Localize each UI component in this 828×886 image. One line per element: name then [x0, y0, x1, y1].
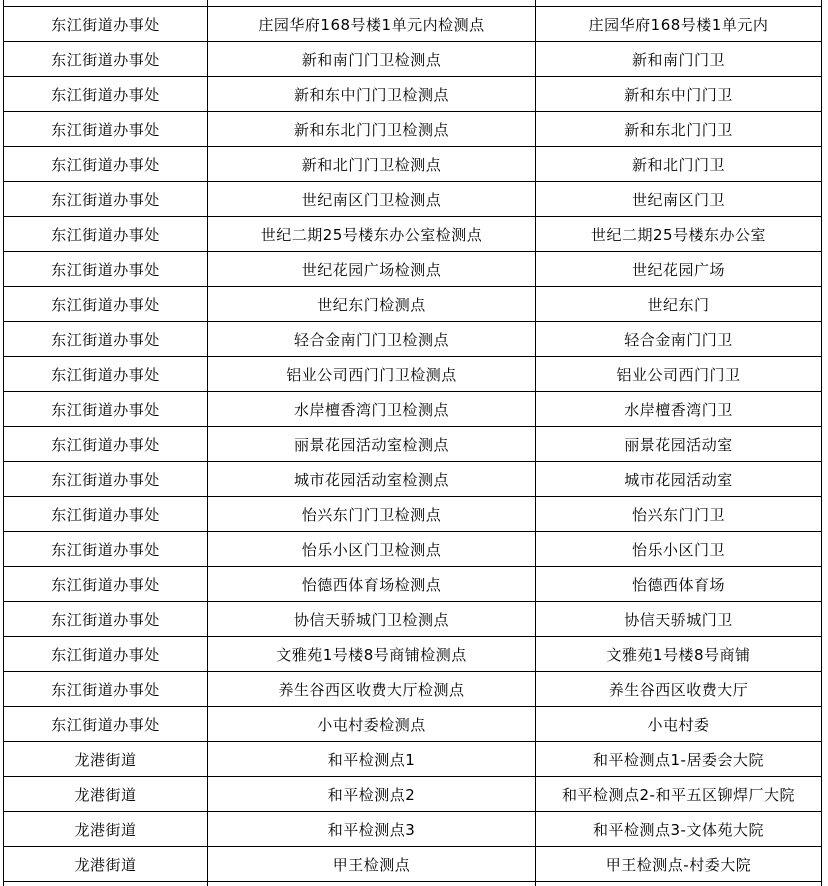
cell-point: 怡乐小区门卫检测点	[208, 532, 536, 567]
cell-point: 和平检测点2	[208, 777, 536, 812]
cell-location: 世纪花园广场	[536, 252, 822, 287]
cell-point: 小屯村委检测点	[208, 707, 536, 742]
cell-point: 城市花园活动室检测点	[208, 462, 536, 497]
table-row: 龙港街道和平检测点1和平检测点1-居委会大院	[4, 742, 822, 777]
cell-location: 铝业公司西门门卫	[536, 357, 822, 392]
cell-office: 龙港街道	[4, 812, 208, 847]
cell-empty	[208, 882, 536, 886]
table-row: 东江街道办事处协信天骄城门卫检测点协信天骄城门卫	[4, 602, 822, 637]
table-row-partial-bottom	[4, 882, 822, 886]
cell-location: 水岸檀香湾门卫	[536, 392, 822, 427]
cell-point: 丽景花园活动室检测点	[208, 427, 536, 462]
cell-office: 东江街道办事处	[4, 602, 208, 637]
cell-location: 世纪二期25号楼东办公室	[536, 217, 822, 252]
cell-office: 东江街道办事处	[4, 322, 208, 357]
table-row: 龙港街道和平检测点2和平检测点2-和平五区铆焊厂大院	[4, 777, 822, 812]
table-row: 东江街道办事处怡乐小区门卫检测点怡乐小区门卫	[4, 532, 822, 567]
cell-point: 协信天骄城门卫检测点	[208, 602, 536, 637]
cell-location: 小屯村委	[536, 707, 822, 742]
cell-location: 甲王检测点-村委大院	[536, 847, 822, 882]
cell-point: 庄园华府168号楼1单元内检测点	[208, 7, 536, 42]
cell-office: 东江街道办事处	[4, 497, 208, 532]
cell-office: 东江街道办事处	[4, 707, 208, 742]
cell-empty	[536, 882, 822, 886]
cell-point: 铝业公司西门门卫检测点	[208, 357, 536, 392]
table-row: 龙港街道甲王检测点甲王检测点-村委大院	[4, 847, 822, 882]
cell-location: 文雅苑1号楼8号商铺	[536, 637, 822, 672]
cell-office: 东江街道办事处	[4, 637, 208, 672]
cell-empty	[4, 882, 208, 886]
table-row: 东江街道办事处新和东北门门卫检测点新和东北门门卫	[4, 112, 822, 147]
cell-location: 世纪东门	[536, 287, 822, 322]
cell-office: 东江街道办事处	[4, 427, 208, 462]
cell-location: 协信天骄城门卫	[536, 602, 822, 637]
cell-office: 东江街道办事处	[4, 77, 208, 112]
table-row: 东江街道办事处庄园华府168号楼1单元内检测点庄园华府168号楼1单元内	[4, 7, 822, 42]
cell-point: 水岸檀香湾门卫检测点	[208, 392, 536, 427]
table-row: 东江街道办事处轻合金南门门卫检测点轻合金南门门卫	[4, 322, 822, 357]
cell-point: 和平检测点3	[208, 812, 536, 847]
cell-location: 轻合金南门门卫	[536, 322, 822, 357]
cell-point: 新和南门门卫检测点	[208, 42, 536, 77]
cell-point: 轻合金南门门卫检测点	[208, 322, 536, 357]
cell-location: 和平检测点2-和平五区铆焊厂大院	[536, 777, 822, 812]
cell-office: 东江街道办事处	[4, 147, 208, 182]
table-row: 东江街道办事处怡兴东门门卫检测点怡兴东门门卫	[4, 497, 822, 532]
table-row: 龙港街道和平检测点3和平检测点3-文体苑大院	[4, 812, 822, 847]
table-body: 东江街道办事处庄园华府168号楼1单元内检测点庄园华府168号楼1单元内东江街道…	[4, 0, 822, 886]
table-row: 东江街道办事处世纪二期25号楼东办公室检测点世纪二期25号楼东办公室	[4, 217, 822, 252]
cell-location: 怡乐小区门卫	[536, 532, 822, 567]
testing-points-table: 东江街道办事处庄园华府168号楼1单元内检测点庄园华府168号楼1单元内东江街道…	[3, 0, 822, 886]
table-row: 东江街道办事处新和北门门卫检测点新和北门门卫	[4, 147, 822, 182]
cell-location: 和平检测点1-居委会大院	[536, 742, 822, 777]
table-row: 东江街道办事处世纪南区门卫检测点世纪南区门卫	[4, 182, 822, 217]
cell-point: 文雅苑1号楼8号商铺检测点	[208, 637, 536, 672]
table-row: 东江街道办事处丽景花园活动室检测点丽景花园活动室	[4, 427, 822, 462]
cell-office: 东江街道办事处	[4, 357, 208, 392]
table-row: 东江街道办事处世纪东门检测点世纪东门	[4, 287, 822, 322]
table-row: 东江街道办事处水岸檀香湾门卫检测点水岸檀香湾门卫	[4, 392, 822, 427]
cell-location: 世纪南区门卫	[536, 182, 822, 217]
cell-office: 东江街道办事处	[4, 42, 208, 77]
cell-point: 世纪南区门卫检测点	[208, 182, 536, 217]
cell-location: 新和北门门卫	[536, 147, 822, 182]
cell-point: 养生谷西区收费大厅检测点	[208, 672, 536, 707]
cell-point: 甲王检测点	[208, 847, 536, 882]
cell-office: 东江街道办事处	[4, 112, 208, 147]
cell-office: 龙港街道	[4, 847, 208, 882]
cell-point: 新和北门门卫检测点	[208, 147, 536, 182]
cell-point: 世纪二期25号楼东办公室检测点	[208, 217, 536, 252]
cell-office: 龙港街道	[4, 777, 208, 812]
cell-office: 东江街道办事处	[4, 532, 208, 567]
table-row: 东江街道办事处小屯村委检测点小屯村委	[4, 707, 822, 742]
cell-location: 养生谷西区收费大厅	[536, 672, 822, 707]
cell-office: 东江街道办事处	[4, 252, 208, 287]
cell-location: 和平检测点3-文体苑大院	[536, 812, 822, 847]
cell-office: 东江街道办事处	[4, 217, 208, 252]
cell-office: 东江街道办事处	[4, 287, 208, 322]
table-row: 东江街道办事处养生谷西区收费大厅检测点养生谷西区收费大厅	[4, 672, 822, 707]
cell-location: 新和南门门卫	[536, 42, 822, 77]
cell-point: 新和东北门门卫检测点	[208, 112, 536, 147]
cell-location: 庄园华府168号楼1单元内	[536, 7, 822, 42]
cell-point: 世纪东门检测点	[208, 287, 536, 322]
table-row: 东江街道办事处新和东中门门卫检测点新和东中门门卫	[4, 77, 822, 112]
cell-point: 新和东中门门卫检测点	[208, 77, 536, 112]
table-row: 东江街道办事处城市花园活动室检测点城市花园活动室	[4, 462, 822, 497]
cell-point: 怡兴东门门卫检测点	[208, 497, 536, 532]
cell-point: 怡德西体育场检测点	[208, 567, 536, 602]
table-row: 东江街道办事处世纪花园广场检测点世纪花园广场	[4, 252, 822, 287]
document-page: 东江街道办事处庄园华府168号楼1单元内检测点庄园华府168号楼1单元内东江街道…	[0, 0, 828, 886]
cell-office: 东江街道办事处	[4, 182, 208, 217]
cell-office: 东江街道办事处	[4, 7, 208, 42]
cell-office: 东江街道办事处	[4, 672, 208, 707]
cell-location: 新和东中门门卫	[536, 77, 822, 112]
cell-location: 怡德西体育场	[536, 567, 822, 602]
cell-office: 东江街道办事处	[4, 567, 208, 602]
cell-office: 东江街道办事处	[4, 392, 208, 427]
cell-location: 新和东北门门卫	[536, 112, 822, 147]
cell-location: 城市花园活动室	[536, 462, 822, 497]
cell-office: 东江街道办事处	[4, 462, 208, 497]
cell-office: 龙港街道	[4, 742, 208, 777]
cell-point: 和平检测点1	[208, 742, 536, 777]
table-row: 东江街道办事处新和南门门卫检测点新和南门门卫	[4, 42, 822, 77]
table-row: 东江街道办事处铝业公司西门门卫检测点铝业公司西门门卫	[4, 357, 822, 392]
table-row: 东江街道办事处文雅苑1号楼8号商铺检测点文雅苑1号楼8号商铺	[4, 637, 822, 672]
table-row: 东江街道办事处怡德西体育场检测点怡德西体育场	[4, 567, 822, 602]
cell-point: 世纪花园广场检测点	[208, 252, 536, 287]
cell-location: 怡兴东门门卫	[536, 497, 822, 532]
cell-location: 丽景花园活动室	[536, 427, 822, 462]
